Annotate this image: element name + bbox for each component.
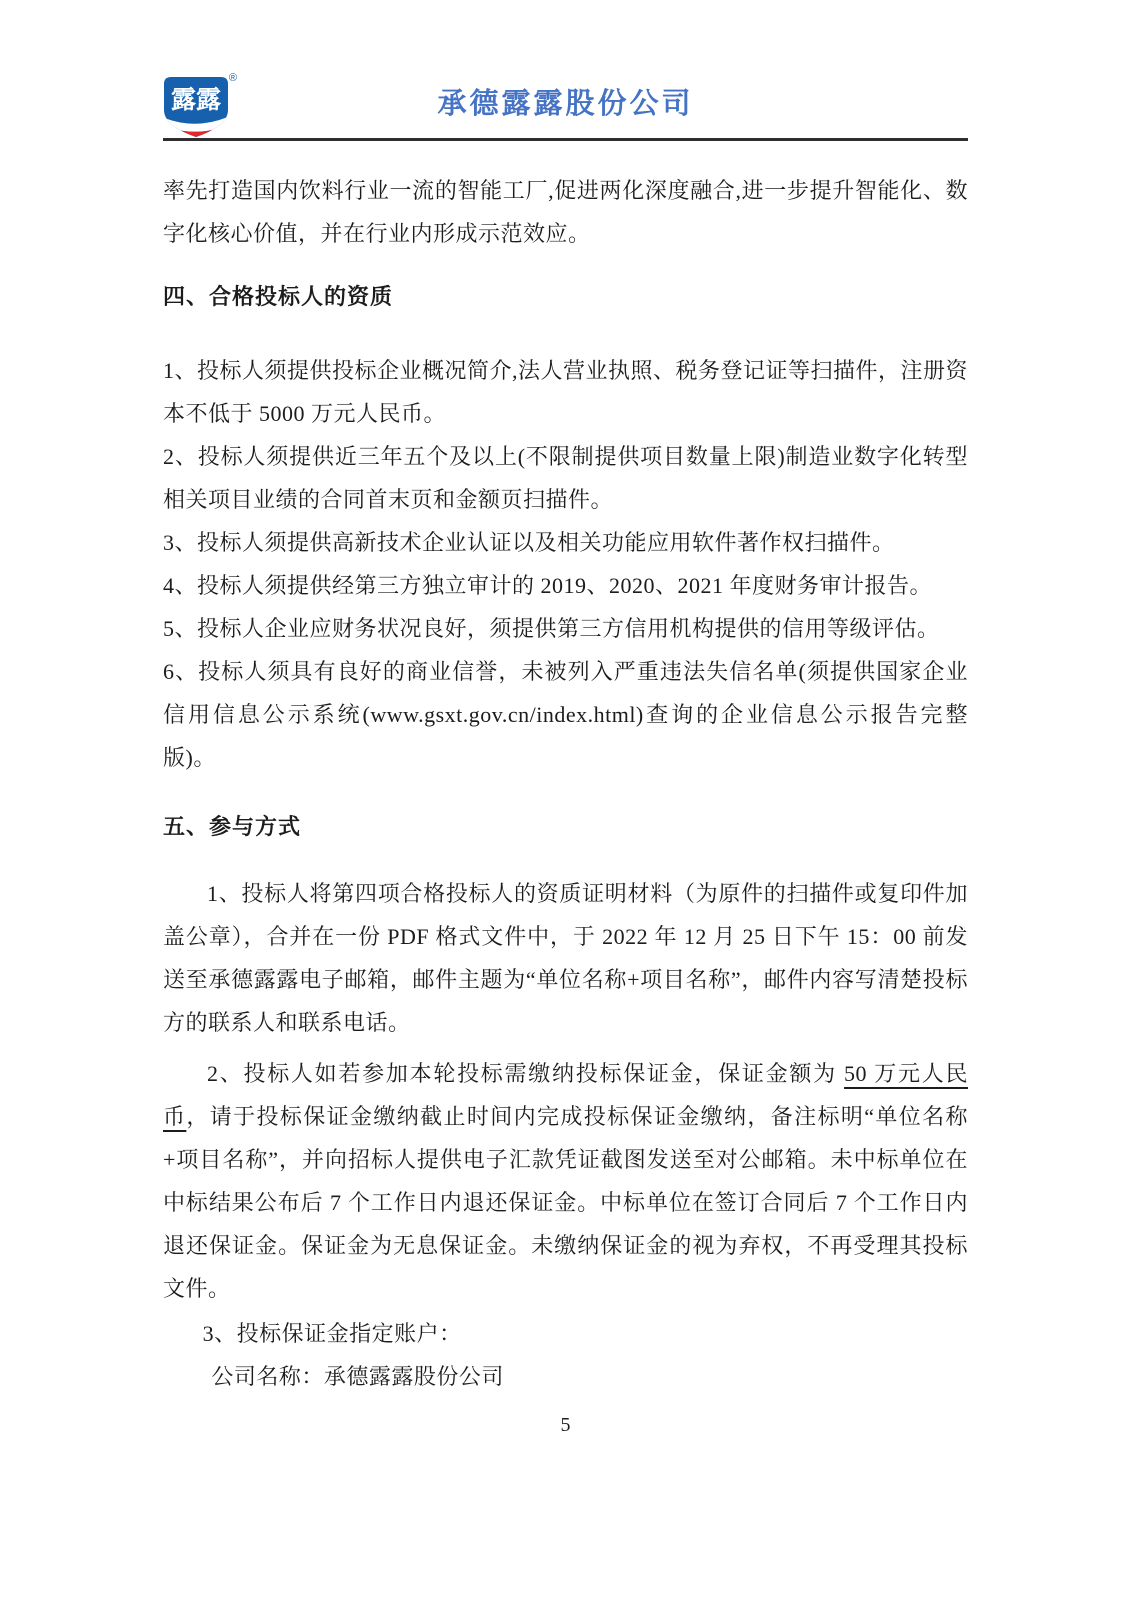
section5-heading: 五、参与方式 bbox=[163, 805, 968, 848]
requirement-item: 3、投标人须提供高新技术企业认证以及相关功能应用软件著作权扫描件。 bbox=[163, 521, 968, 564]
account-company-name-line: 公司名称：承德露露股份公司 bbox=[163, 1355, 968, 1398]
company-name-title: 承德露露股份公司 bbox=[163, 76, 968, 132]
requirement-item: 1、投标人须提供投标企业概况简介,法人营业执照、税务登记证等扫描件，注册资本不低… bbox=[163, 349, 968, 435]
requirement-item: 6、投标人须具有良好的商业信誉，未被列入严重违法失信名单(须提供国家企业信用信息… bbox=[163, 650, 968, 779]
lulu-shield-icon: 露露 bbox=[163, 76, 229, 138]
deposit-text-suffix: ，请于投标保证金缴纳截止时间内完成投标保证金缴纳，备注标明“单位名称+项目名称”… bbox=[163, 1104, 968, 1301]
brand-logo: 露露 ® bbox=[163, 76, 237, 136]
requirement-item: 2、投标人须提供近三年五个及以上(不限制提供项目数量上限)制造业数字化转型相关项… bbox=[163, 435, 968, 521]
participation-item-2: 2、投标人如若参加本轮投标需缴纳投标保证金，保证金额为 50 万元人民币，请于投… bbox=[163, 1052, 968, 1310]
logo-text: 露露 bbox=[171, 86, 221, 114]
section4-heading: 四、合格投标人的资质 bbox=[163, 275, 968, 318]
section4-items: 1、投标人须提供投标企业概况简介,法人营业执照、税务登记证等扫描件，注册资本不低… bbox=[163, 349, 968, 779]
page-header: 露露 ® 承德露露股份公司 bbox=[163, 76, 968, 141]
document-body: 率先打造国内饮料行业一流的智能工厂,促进两化深度融合,进一步提升智能化、数字化核… bbox=[163, 169, 968, 1398]
requirement-item: 4、投标人须提供经第三方独立审计的 2019、2020、2021 年度财务审计报… bbox=[163, 564, 968, 607]
deposit-text-prefix: 2、投标人如若参加本轮投标需缴纳投标保证金，保证金额为 bbox=[207, 1061, 844, 1086]
registered-trademark-icon: ® bbox=[229, 72, 237, 84]
deposit-account-heading: 3、投标保证金指定账户： bbox=[163, 1312, 968, 1355]
page-number: 5 bbox=[163, 1410, 968, 1440]
participation-item-1: 1、投标人将第四项合格投标人的资质证明材料（为原件的扫描件或复印件加盖公章），合… bbox=[163, 872, 968, 1044]
document-page: 露露 ® 承德露露股份公司 率先打造国内饮料行业一流的智能工厂,促进两化深度融合… bbox=[0, 0, 1131, 1600]
intro-paragraph: 率先打造国内饮料行业一流的智能工厂,促进两化深度融合,进一步提升智能化、数字化核… bbox=[163, 169, 968, 255]
requirement-item: 5、投标人企业应财务状况良好，须提供第三方信用机构提供的信用等级评估。 bbox=[163, 607, 968, 650]
